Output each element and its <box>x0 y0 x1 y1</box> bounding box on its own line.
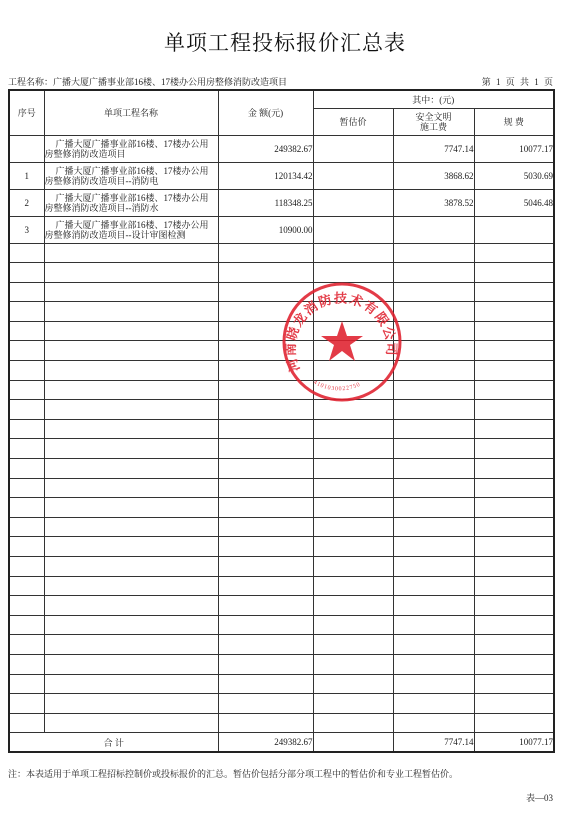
blank-cell <box>393 380 474 400</box>
footnote: 注：本表适用于单项工程招标控制价或投标报价的汇总。暂估价包括分部分项工程中的暂估… <box>8 767 458 780</box>
blank-cell <box>9 302 44 322</box>
blank-cell <box>44 380 218 400</box>
blank-table-row <box>9 263 554 283</box>
page-info: 第 1 页 共 1 页 <box>482 75 553 88</box>
blank-cell <box>474 654 554 674</box>
blank-cell <box>9 517 44 537</box>
blank-cell <box>218 694 313 714</box>
blank-cell <box>474 243 554 263</box>
total-safety: 7747.14 <box>393 733 474 753</box>
blank-cell <box>9 498 44 518</box>
row-name: 广播大厦广播事业部16楼、17楼办公用 房整修消防改造项目--消防电 <box>44 162 218 189</box>
row-name-line2: 房整修消防改造项目--消防电 <box>45 176 218 186</box>
blank-cell <box>44 321 218 341</box>
blank-cell <box>44 400 218 420</box>
blank-cell <box>313 243 393 263</box>
blank-cell <box>474 478 554 498</box>
blank-cell <box>9 341 44 361</box>
blank-cell <box>393 478 474 498</box>
blank-cell <box>474 537 554 557</box>
row-name: 广播大厦广播事业部16楼、17楼办公用 房整修消防改造项目--设计审图检测 <box>44 216 218 243</box>
row-safety: 3878.52 <box>393 189 474 216</box>
blank-cell <box>313 321 393 341</box>
blank-cell <box>474 282 554 302</box>
blank-cell <box>313 498 393 518</box>
blank-table-row <box>9 400 554 420</box>
blank-cell <box>218 341 313 361</box>
blank-table-row <box>9 713 554 733</box>
row-fees: 5030.69 <box>474 162 554 189</box>
blank-cell <box>474 596 554 616</box>
blank-cell <box>474 380 554 400</box>
blank-cell <box>44 243 218 263</box>
row-name: 广播大厦广播事业部16楼、17楼办公用 房整修消防改造项目--消防水 <box>44 189 218 216</box>
blank-cell <box>218 400 313 420</box>
blank-cell <box>313 478 393 498</box>
blank-cell <box>218 674 313 694</box>
blank-cell <box>474 674 554 694</box>
row-name-line1: 广播大厦广播事业部16楼、17楼办公用 <box>45 166 218 176</box>
blank-table-row <box>9 302 554 322</box>
row-name-line2: 房整修消防改造项目--消防水 <box>45 203 218 213</box>
blank-cell <box>9 635 44 655</box>
blank-table-row <box>9 243 554 263</box>
blank-cell <box>218 243 313 263</box>
blank-cell <box>393 596 474 616</box>
blank-cell <box>44 263 218 283</box>
blank-cell <box>218 537 313 557</box>
page-title: 单项工程投标报价汇总表 <box>0 27 570 57</box>
blank-cell <box>313 302 393 322</box>
blank-table-row <box>9 439 554 459</box>
blank-cell <box>218 635 313 655</box>
blank-table-row <box>9 478 554 498</box>
blank-cell <box>9 674 44 694</box>
blank-cell <box>9 321 44 341</box>
row-provisional <box>313 162 393 189</box>
blank-cell <box>474 517 554 537</box>
blank-cell <box>474 557 554 577</box>
blank-cell <box>218 478 313 498</box>
row-amount: 10900.00 <box>218 216 313 243</box>
row-name-line2: 房整修消防改造项目--设计审图检测 <box>45 230 218 240</box>
blank-cell <box>218 615 313 635</box>
blank-cell <box>313 361 393 381</box>
total-provisional <box>313 733 393 753</box>
blank-cell <box>393 263 474 283</box>
blank-cell <box>44 557 218 577</box>
blank-cell <box>9 654 44 674</box>
row-name-line1: 广播大厦广播事业部16楼、17楼办公用 <box>45 139 218 149</box>
blank-table-row <box>9 674 554 694</box>
blank-cell <box>313 537 393 557</box>
blank-cell <box>44 694 218 714</box>
blank-cell <box>313 596 393 616</box>
blank-cell <box>393 694 474 714</box>
blank-cell <box>393 537 474 557</box>
row-index <box>9 135 44 162</box>
project-name: 工程名称：广播大厦广播事业部16楼、17楼办公用房整修消防改造项目 <box>8 75 287 88</box>
blank-cell <box>313 635 393 655</box>
blank-cell <box>393 615 474 635</box>
blank-cell <box>313 263 393 283</box>
blank-cell <box>393 282 474 302</box>
blank-table-row <box>9 419 554 439</box>
header-index: 序号 <box>9 90 44 135</box>
blank-cell <box>44 635 218 655</box>
blank-cell <box>218 302 313 322</box>
blank-table-row <box>9 596 554 616</box>
header-provisional: 暂估价 <box>313 108 393 135</box>
blank-cell <box>313 674 393 694</box>
row-name-line1: 广播大厦广播事业部16楼、17楼办公用 <box>45 193 218 203</box>
row-amount: 120134.42 <box>218 162 313 189</box>
blank-cell <box>474 459 554 479</box>
blank-cell <box>393 713 474 733</box>
blank-cell <box>9 400 44 420</box>
blank-cell <box>9 459 44 479</box>
row-fees <box>474 216 554 243</box>
row-index: 3 <box>9 216 44 243</box>
header-name: 单项工程名称 <box>44 90 218 135</box>
blank-cell <box>9 263 44 283</box>
blank-cell <box>313 419 393 439</box>
blank-cell <box>393 576 474 596</box>
blank-cell <box>313 380 393 400</box>
blank-cell <box>44 282 218 302</box>
blank-cell <box>9 537 44 557</box>
header-safety-line1: 安全文明 <box>415 112 451 122</box>
blank-cell <box>44 419 218 439</box>
blank-cell <box>9 380 44 400</box>
blank-cell <box>9 694 44 714</box>
blank-cell <box>474 635 554 655</box>
blank-cell <box>218 596 313 616</box>
blank-cell <box>393 557 474 577</box>
row-amount: 249382.67 <box>218 135 313 162</box>
blank-cell <box>44 498 218 518</box>
blank-cell <box>44 713 218 733</box>
blank-table-row <box>9 537 554 557</box>
blank-cell <box>218 282 313 302</box>
blank-cell <box>313 400 393 420</box>
blank-cell <box>313 439 393 459</box>
blank-cell <box>393 321 474 341</box>
row-amount: 118348.25 <box>218 189 313 216</box>
blank-cell <box>9 243 44 263</box>
row-index: 2 <box>9 189 44 216</box>
blank-table-row <box>9 459 554 479</box>
blank-cell <box>218 263 313 283</box>
blank-table-row <box>9 635 554 655</box>
summary-table: 序号 单项工程名称 金 额(元) 其中：(元) 暂估价 安全文明 施工费 规 费… <box>8 89 555 753</box>
blank-table-row <box>9 321 554 341</box>
blank-cell <box>393 341 474 361</box>
blank-cell <box>218 439 313 459</box>
blank-cell <box>393 302 474 322</box>
row-name-line1: 广播大厦广播事业部16楼、17楼办公用 <box>45 220 218 230</box>
header-safety: 安全文明 施工费 <box>393 108 474 135</box>
blank-cell <box>9 439 44 459</box>
blank-cell <box>393 439 474 459</box>
blank-cell <box>44 654 218 674</box>
blank-cell <box>218 576 313 596</box>
header-safety-line2: 施工费 <box>420 122 447 132</box>
blank-cell <box>474 713 554 733</box>
blank-cell <box>313 459 393 479</box>
blank-cell <box>9 478 44 498</box>
blank-cell <box>474 419 554 439</box>
row-name: 广播大厦广播事业部16楼、17楼办公用 房整修消防改造项目 <box>44 135 218 162</box>
blank-cell <box>474 400 554 420</box>
blank-cell <box>9 361 44 381</box>
blank-cell <box>313 615 393 635</box>
blank-cell <box>44 576 218 596</box>
blank-cell <box>393 635 474 655</box>
blank-cell <box>393 243 474 263</box>
blank-cell <box>313 282 393 302</box>
total-row: 合 计 249382.67 7747.14 10077.17 <box>9 733 554 753</box>
blank-cell <box>474 341 554 361</box>
blank-cell <box>218 713 313 733</box>
blank-cell <box>44 302 218 322</box>
row-provisional <box>313 216 393 243</box>
blank-cell <box>44 517 218 537</box>
blank-cell <box>44 341 218 361</box>
blank-cell <box>9 596 44 616</box>
blank-cell <box>44 361 218 381</box>
table-row: 广播大厦广播事业部16楼、17楼办公用 房整修消防改造项目 249382.67 … <box>9 135 554 162</box>
blank-table-row <box>9 380 554 400</box>
blank-cell <box>393 361 474 381</box>
blank-cell <box>44 596 218 616</box>
blank-cell <box>44 478 218 498</box>
blank-cell <box>9 557 44 577</box>
header-fees: 规 费 <box>474 108 554 135</box>
total-amount: 249382.67 <box>218 733 313 753</box>
blank-cell <box>44 537 218 557</box>
row-safety: 7747.14 <box>393 135 474 162</box>
blank-cell <box>313 557 393 577</box>
blank-cell <box>393 419 474 439</box>
row-name-line2: 房整修消防改造项目 <box>45 149 218 159</box>
blank-cell <box>474 302 554 322</box>
blank-cell <box>313 713 393 733</box>
blank-table-row <box>9 361 554 381</box>
blank-cell <box>474 321 554 341</box>
blank-cell <box>313 654 393 674</box>
blank-cell <box>9 419 44 439</box>
blank-cell <box>474 615 554 635</box>
blank-cell <box>393 400 474 420</box>
blank-table-row <box>9 517 554 537</box>
blank-cell <box>44 439 218 459</box>
row-fees: 10077.17 <box>474 135 554 162</box>
blank-cell <box>44 674 218 694</box>
header-amount: 金 额(元) <box>218 90 313 135</box>
blank-cell <box>474 439 554 459</box>
form-code: 表—03 <box>526 791 553 804</box>
blank-table-row <box>9 615 554 635</box>
blank-cell <box>313 517 393 537</box>
blank-cell <box>313 341 393 361</box>
blank-cell <box>393 674 474 694</box>
table-row: 2 广播大厦广播事业部16楼、17楼办公用 房整修消防改造项目--消防水 118… <box>9 189 554 216</box>
row-safety: 3868.62 <box>393 162 474 189</box>
row-safety <box>393 216 474 243</box>
row-index: 1 <box>9 162 44 189</box>
blank-cell <box>218 361 313 381</box>
blank-cell <box>393 498 474 518</box>
blank-cell <box>474 498 554 518</box>
blank-cell <box>44 459 218 479</box>
row-provisional <box>313 189 393 216</box>
blank-table-row <box>9 557 554 577</box>
blank-cell <box>218 380 313 400</box>
blank-cell <box>218 419 313 439</box>
blank-table-row <box>9 576 554 596</box>
blank-table-row <box>9 282 554 302</box>
blank-cell <box>218 321 313 341</box>
blank-cell <box>9 615 44 635</box>
blank-cell <box>218 557 313 577</box>
blank-cell <box>9 576 44 596</box>
blank-table-row <box>9 654 554 674</box>
blank-cell <box>393 654 474 674</box>
blank-cell <box>474 694 554 714</box>
blank-cell <box>313 576 393 596</box>
table-row: 1 广播大厦广播事业部16楼、17楼办公用 房整修消防改造项目--消防电 120… <box>9 162 554 189</box>
table-row: 3 广播大厦广播事业部16楼、17楼办公用 房整修消防改造项目--设计审图检测 … <box>9 216 554 243</box>
blank-cell <box>44 615 218 635</box>
blank-cell <box>9 713 44 733</box>
row-provisional <box>313 135 393 162</box>
blank-table-row <box>9 498 554 518</box>
blank-cell <box>474 263 554 283</box>
blank-table-row <box>9 694 554 714</box>
row-fees: 5046.48 <box>474 189 554 216</box>
blank-cell <box>393 517 474 537</box>
blank-cell <box>9 282 44 302</box>
blank-cell <box>393 459 474 479</box>
blank-cell <box>218 459 313 479</box>
blank-cell <box>474 361 554 381</box>
blank-cell <box>218 498 313 518</box>
total-label: 合 计 <box>9 733 218 753</box>
blank-cell <box>218 654 313 674</box>
blank-cell <box>474 576 554 596</box>
blank-cell <box>313 694 393 714</box>
blank-table-row <box>9 341 554 361</box>
total-fees: 10077.17 <box>474 733 554 753</box>
blank-cell <box>218 517 313 537</box>
header-among: 其中：(元) <box>313 90 554 108</box>
